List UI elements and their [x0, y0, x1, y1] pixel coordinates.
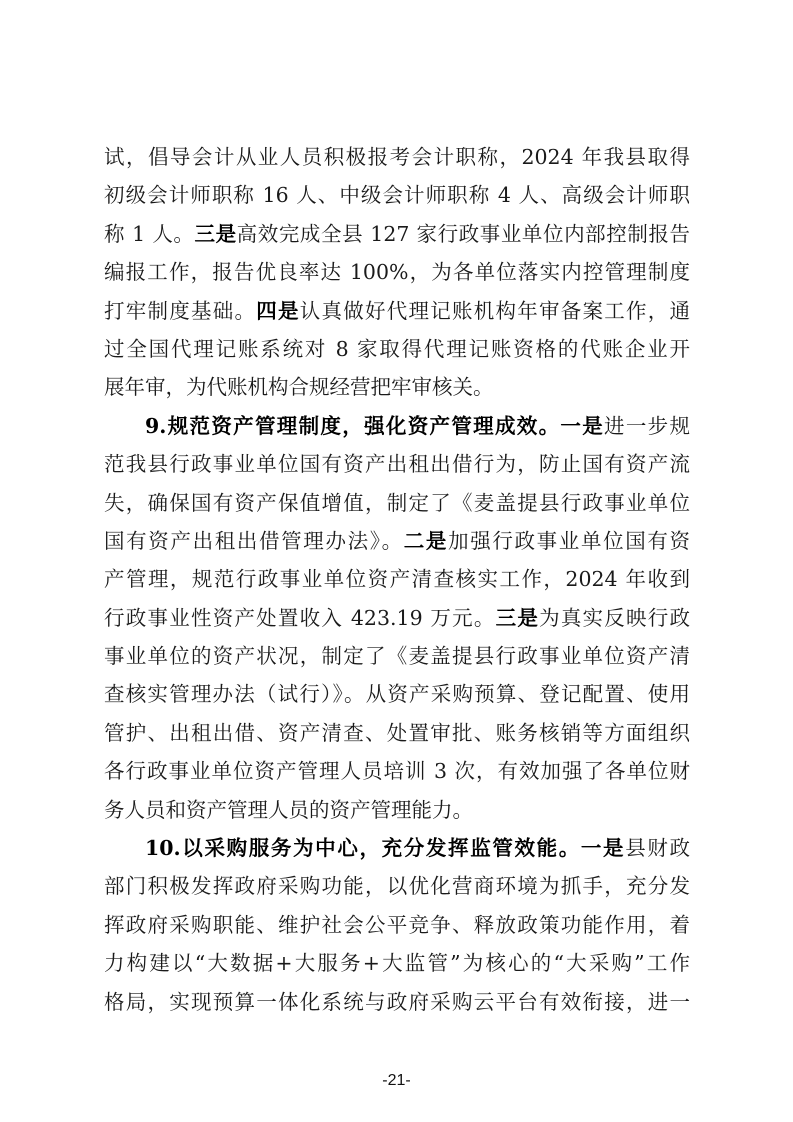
body-text: 部门积极发挥政府采购功能，以优化营商环境为抓手，充分发 — [104, 874, 690, 898]
body-text: 称 1 人。 — [104, 222, 195, 246]
body-text: 务人员和资产管理人员的资产管理能力。 — [104, 798, 473, 822]
body-text: 认真做好代理记账机构年审备案工作，通 — [300, 299, 690, 323]
text-line: 务人员和资产管理人员的资产管理能力。 — [104, 791, 690, 829]
body-text: 各行政事业单位资产管理人员培训 3 次，有效加强了各单位财 — [104, 759, 690, 783]
body-text: 过全国代理记账系统对 8 家取得代理记账资格的代账企业开 — [104, 337, 690, 361]
text-line: 范我县行政事业单位国有资产出租出借行为，防止国有资产流 — [104, 445, 690, 483]
body-text: 挥政府采购职能、维护社会公平竞争、释放政策功能作用，着 — [104, 913, 690, 937]
paragraph-heading-line: 10.以采购服务为中心，充分发挥监管效能。一是县财政 — [104, 829, 690, 867]
text-line: 编报工作，报告优良率达 100%，为各单位落实内控管理制度 — [104, 253, 690, 291]
body-text: 行政事业性资产处置收入 423.19 万元。 — [104, 606, 496, 630]
bold-text: 三是 — [496, 606, 539, 630]
body-text: 国有资产出租出借管理办法》。 — [104, 529, 404, 553]
text-line: 初级会计师职称 16 人、中级会计师职称 4 人、高级会计师职 — [104, 176, 690, 214]
bold-text: 二是 — [404, 529, 448, 553]
bold-text: 9.规范资产管理制度，强化资产管理成效。一是 — [145, 414, 604, 438]
text-line: 各行政事业单位资产管理人员培训 3 次，有效加强了各单位财 — [104, 752, 690, 790]
text-line: 管护、出租出借、资产清查、处置审批、账务核销等方面组织 — [104, 714, 690, 752]
text-line: 展年审，为代账机构合规经营把牢审核关。 — [104, 368, 690, 406]
text-line: 挥政府采购职能、维护社会公平竞争、释放政策功能作用，着 — [104, 906, 690, 944]
body-text: 试，倡导会计从业人员积极报考会计职称，2024 年我县取得 — [104, 145, 690, 169]
body-text: 查核实管理办法（试行）》。从资产采购预算、登记配置、使用 — [104, 682, 690, 706]
text-line: 失，确保国有资产保值增值，制定了《麦盖提县行政事业单位 — [104, 484, 690, 522]
document-body: 试，倡导会计从业人员积极报考会计职称，2024 年我县取得初级会计师职称 16 … — [104, 138, 690, 1021]
body-text: 初级会计师职称 16 人、中级会计师职称 4 人、高级会计师职 — [104, 183, 690, 207]
text-line: 产管理，规范行政事业单位资产清查核实工作，2024 年收到 — [104, 560, 690, 598]
bold-text: 10.以采购服务为中心，充分发挥监管效能。一是 — [145, 836, 625, 860]
body-text: 范我县行政事业单位国有资产出租出借行为，防止国有资产流 — [104, 452, 690, 476]
text-line: 格局，实现预算一体化系统与政府采购云平台有效衔接，进一 — [104, 983, 690, 1021]
body-text: 为真实反映行政 — [539, 606, 690, 630]
text-line: 查核实管理办法（试行）》。从资产采购预算、登记配置、使用 — [104, 675, 690, 713]
body-text: 展年审，为代账机构合规经营把牢审核关。 — [104, 375, 494, 399]
body-text: 产管理，规范行政事业单位资产清查核实工作，2024 年收到 — [104, 567, 690, 591]
text-line: 试，倡导会计从业人员积极报考会计职称，2024 年我县取得 — [104, 138, 690, 176]
body-text: 打牢制度基础。 — [104, 299, 256, 323]
page-number: -21- — [0, 1072, 793, 1090]
text-line: 力构建以“大数据+大服务+大监管”为核心的“大采购”工作 — [104, 944, 690, 982]
text-line: 事业单位的资产状况，制定了《麦盖提县行政事业单位资产清 — [104, 637, 690, 675]
text-line: 部门积极发挥政府采购功能，以优化营商环境为抓手，充分发 — [104, 867, 690, 905]
text-line: 国有资产出租出借管理办法》。二是加强行政事业单位国有资 — [104, 522, 690, 560]
paragraph-heading-line: 9.规范资产管理制度，强化资产管理成效。一是进一步规 — [104, 407, 690, 445]
body-text: 管护、出租出借、资产清查、处置审批、账务核销等方面组织 — [104, 721, 690, 745]
body-text: 格局，实现预算一体化系统与政府采购云平台有效衔接，进一 — [104, 990, 690, 1014]
body-text: 进一步规 — [604, 414, 690, 438]
body-text: 县财政 — [625, 836, 690, 860]
bold-text: 三是 — [195, 222, 237, 246]
body-text: 失，确保国有资产保值增值，制定了《麦盖提县行政事业单位 — [104, 491, 690, 515]
text-line: 行政事业性资产处置收入 423.19 万元。三是为真实反映行政 — [104, 599, 690, 637]
text-line: 过全国代理记账系统对 8 家取得代理记账资格的代账企业开 — [104, 330, 690, 368]
body-text: 事业单位的资产状况，制定了《麦盖提县行政事业单位资产清 — [104, 644, 690, 668]
body-text: 编报工作，报告优良率达 100%，为各单位落实内控管理制度 — [104, 260, 690, 284]
body-text: 力构建以“大数据+大服务+大监管”为核心的“大采购”工作 — [104, 951, 690, 975]
text-line: 打牢制度基础。四是认真做好代理记账机构年审备案工作，通 — [104, 292, 690, 330]
bold-text: 四是 — [256, 299, 300, 323]
body-text: 加强行政事业单位国有资 — [448, 529, 690, 553]
text-line: 称 1 人。三是高效完成全县 127 家行政事业单位内部控制报告 — [104, 215, 690, 253]
body-text: 高效完成全县 127 家行政事业单位内部控制报告 — [237, 222, 690, 246]
